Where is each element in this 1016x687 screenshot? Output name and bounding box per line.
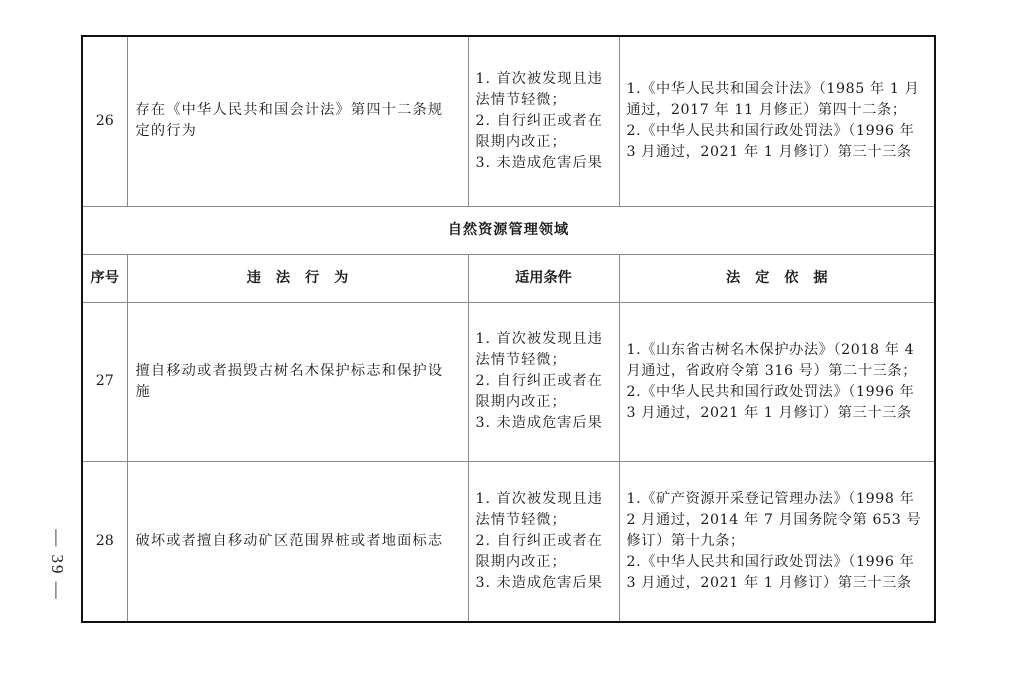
violation-text: 擅自移动或者损毁古树名木保护标志和保护设 (136, 361, 462, 382)
legal-basis-text: 月通过，省政府令第 316 号）第二十三条； (627, 361, 929, 382)
table-row: 26 存在《中华人民共和国会计法》第四十二条规 定的行为 1. 首次被发现且违 … (82, 36, 935, 206)
header-legal-basis: 法 定 依 据 (619, 254, 935, 302)
violation-text: 破坏或者擅自移动矿区范围界桩或者地面标志 (136, 531, 462, 552)
condition-text: 2. 自行纠正或者在 (476, 111, 615, 132)
condition-text: 法情节轻微； (476, 350, 615, 371)
legal-basis-cell: 1.《矿产资源开采登记管理办法》（1998 年 2 月通过，2014 年 7 月… (619, 461, 935, 622)
condition-text: 1. 首次被发现且违 (476, 489, 615, 510)
legal-basis-text: 1.《矿产资源开采登记管理办法》（1998 年 (627, 489, 929, 510)
condition-text: 限期内改正； (476, 552, 615, 573)
condition-text: 2. 自行纠正或者在 (476, 531, 615, 552)
legal-basis-text: 3 月通过，2021 年 1 月修订）第三十三条 (627, 142, 929, 163)
condition-text: 法情节轻微； (476, 90, 615, 111)
violation-cell: 存在《中华人民共和国会计法》第四十二条规 定的行为 (127, 36, 468, 206)
violation-text: 施 (136, 382, 462, 403)
section-title: 自然资源管理领域 (82, 206, 935, 254)
condition-cell: 1. 首次被发现且违 法情节轻微； 2. 自行纠正或者在 限期内改正； 3. 未… (468, 36, 619, 206)
condition-cell: 1. 首次被发现且违 法情节轻微； 2. 自行纠正或者在 限期内改正； 3. 未… (468, 302, 619, 461)
legal-basis-text: 1.《中华人民共和国会计法》（1985 年 1 月 (627, 79, 929, 100)
header-legal-basis-label: 法 定 依 据 (726, 270, 828, 286)
violation-cell: 破坏或者擅自移动矿区范围界桩或者地面标志 (127, 461, 468, 622)
violation-text: 存在《中华人民共和国会计法》第四十二条规 (136, 100, 462, 121)
legal-basis-text: 修订）第十九条； (627, 531, 929, 552)
condition-text: 3. 未造成危害后果 (476, 573, 615, 594)
condition-text: 限期内改正； (476, 392, 615, 413)
legal-basis-text: 2.《中华人民共和国行政处罚法》（1996 年 (627, 121, 929, 142)
condition-text: 3. 未造成危害后果 (476, 413, 615, 434)
row-number: 26 (82, 36, 127, 206)
legal-basis-text: 3 月通过，2021 年 1 月修订）第三十三条 (627, 403, 929, 424)
violation-text: 定的行为 (136, 121, 462, 142)
section-row: 自然资源管理领域 (82, 206, 935, 254)
legal-basis-text: 2.《中华人民共和国行政处罚法》（1996 年 (627, 552, 929, 573)
legal-basis-text: 1.《山东省古树名木保护办法》（2018 年 4 (627, 340, 929, 361)
header-violation: 违 法 行 为 (127, 254, 468, 302)
legal-basis-text: 2 月通过，2014 年 7 月国务院令第 653 号 (627, 510, 929, 531)
table-row: 27 擅自移动或者损毁古树名木保护标志和保护设 施 1. 首次被发现且违 法情节… (82, 302, 935, 461)
condition-cell: 1. 首次被发现且违 法情节轻微； 2. 自行纠正或者在 限期内改正； 3. 未… (468, 461, 619, 622)
condition-text: 2. 自行纠正或者在 (476, 371, 615, 392)
violation-cell: 擅自移动或者损毁古树名木保护标志和保护设 施 (127, 302, 468, 461)
condition-text: 法情节轻微； (476, 510, 615, 531)
header-condition: 适用条件 (468, 254, 619, 302)
penalty-exemption-table: 26 存在《中华人民共和国会计法》第四十二条规 定的行为 1. 首次被发现且违 … (81, 35, 936, 623)
row-number: 27 (82, 302, 127, 461)
condition-text: 限期内改正； (476, 132, 615, 153)
table-header-row: 序号 违 法 行 为 适用条件 法 定 依 据 (82, 254, 935, 302)
legal-basis-text: 通过，2017 年 11 月修正）第四十二条； (627, 100, 929, 121)
legal-basis-text: 3 月通过，2021 年 1 月修订）第三十三条 (627, 573, 929, 594)
page-number: — 39 — (47, 529, 67, 601)
legal-basis-cell: 1.《山东省古树名木保护办法》（2018 年 4 月通过，省政府令第 316 号… (619, 302, 935, 461)
header-violation-label: 违 法 行 为 (247, 270, 349, 286)
legal-basis-cell: 1.《中华人民共和国会计法》（1985 年 1 月 通过，2017 年 11 月… (619, 36, 935, 206)
legal-basis-text: 2.《中华人民共和国行政处罚法》（1996 年 (627, 382, 929, 403)
condition-text: 1. 首次被发现且违 (476, 69, 615, 90)
condition-text: 1. 首次被发现且违 (476, 329, 615, 350)
condition-text: 3. 未造成危害后果 (476, 153, 615, 174)
row-number: 28 (82, 461, 127, 622)
header-number: 序号 (82, 254, 127, 302)
table-row: 28 破坏或者擅自移动矿区范围界桩或者地面标志 1. 首次被发现且违 法情节轻微… (82, 461, 935, 622)
